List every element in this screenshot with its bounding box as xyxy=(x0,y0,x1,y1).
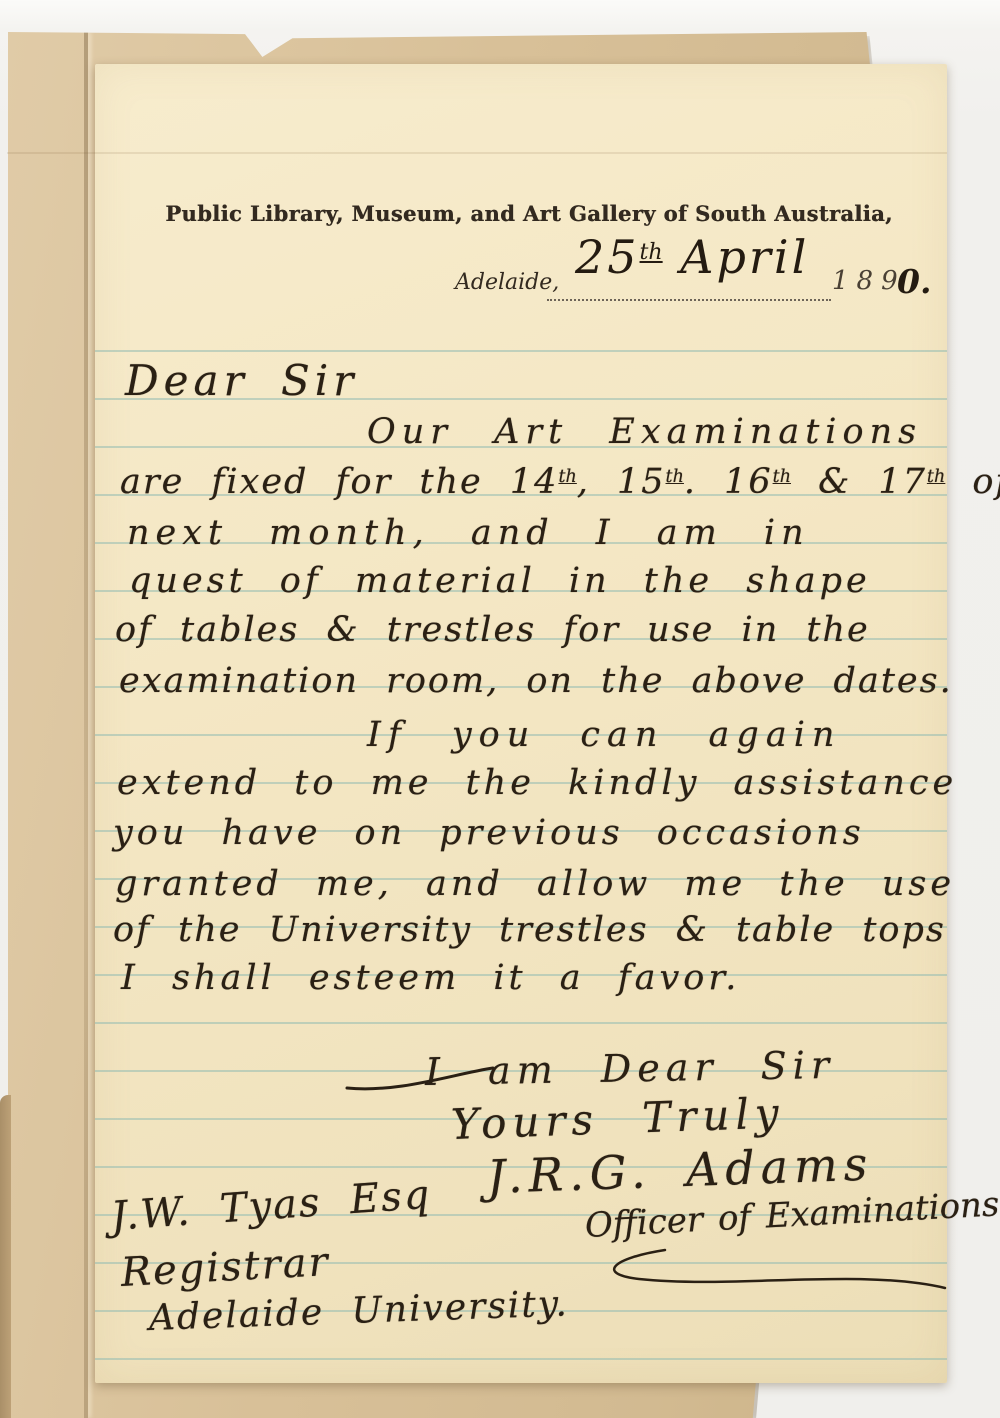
letter-page: Public Library, Museum, and Art Gallery … xyxy=(95,64,947,1383)
year-printed: 189 xyxy=(832,266,906,296)
ordinal-superscript: th xyxy=(666,467,684,487)
body-line: next month, and I am in xyxy=(127,513,810,553)
closing-line: I am Dear Sir xyxy=(425,1043,836,1094)
exam-dates-segment: . 16 xyxy=(684,462,773,502)
date-month: April xyxy=(680,230,809,284)
date-day: 25 xyxy=(575,230,640,284)
body-line: I shall esteem it a favor. xyxy=(121,958,740,998)
body-line: extend to me the kindly assistance xyxy=(117,763,957,803)
body-line: examination room, on the above dates. xyxy=(119,661,953,701)
body-line: of the University trestles & table tops xyxy=(113,910,946,950)
letterhead-organization: Public Library, Museum, and Art Gallery … xyxy=(95,201,947,226)
signature-flourish xyxy=(593,1246,949,1302)
ordinal-superscript: th xyxy=(558,467,576,487)
horizontal-crease xyxy=(7,152,947,154)
handwritten-date: 25th April xyxy=(575,230,809,284)
paper-edge xyxy=(0,1095,11,1418)
body-line: you have on previous occasions xyxy=(113,813,865,853)
body-line: granted me, and allow me the use xyxy=(115,864,955,904)
body-line: of tables & trestles for use in the xyxy=(115,610,870,650)
exam-dates-segment: of xyxy=(945,462,1000,502)
date-ordinal: th xyxy=(640,240,663,265)
body-line-opening: Our Art Examinations xyxy=(367,412,922,452)
body-line: If you can again xyxy=(367,715,841,755)
ordinal-superscript: th xyxy=(927,467,945,487)
ordinal-superscript: th xyxy=(773,467,791,487)
year-handwritten: 0. xyxy=(897,262,931,301)
letterhead-place: Adelaide, xyxy=(455,270,559,295)
scanned-letter-scene: Public Library, Museum, and Art Gallery … xyxy=(0,0,1000,1418)
exam-dates-segment: , 15 xyxy=(577,462,666,502)
body-line-exam-dates: are fixed for the 14th, 15th. 16th & 17t… xyxy=(120,462,1000,502)
salutation: Dear Sir xyxy=(125,356,358,405)
body-line: quest of material in the shape xyxy=(129,561,871,601)
fold-crease xyxy=(84,32,88,1418)
exam-dates-segment: are fixed for the 14 xyxy=(120,462,558,502)
exam-dates-segment: & 17 xyxy=(791,462,927,502)
